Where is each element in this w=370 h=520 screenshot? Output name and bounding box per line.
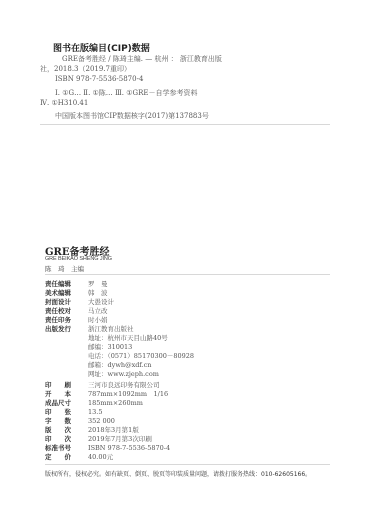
spec-value: ISBN 978-7-5536-5870-4 <box>88 444 170 453</box>
credit-value: 马立改 <box>88 307 108 316</box>
spec-label: 印 次 <box>45 435 88 444</box>
spec-row: 定 价40.00元 <box>45 453 113 462</box>
spec-value: 185mm×260mm <box>88 399 143 408</box>
spec-value: 2018年3月第1版 <box>88 426 139 435</box>
cip-line: Ⅰ. ①G… Ⅱ. ①陈… Ⅲ. ①GRE－自学参考资料 <box>55 88 197 98</box>
copyright-notice: 版权所有，侵权必究。如有缺页、倒页、脱页等印装质量问题，请拨打服务热线：010-… <box>45 469 311 478</box>
spec-row: 印 张13.5 <box>45 408 102 417</box>
spec-value: 352 000 <box>88 417 115 426</box>
cip-number: 中国版本图书馆CIP数据核字(2017)第137883号 <box>55 111 209 121</box>
credit-value: 时小娟 <box>88 316 108 325</box>
credit-label: 封面设计 <box>45 298 88 307</box>
spec-row: 印 刷三河市良远印务有限公司 <box>45 381 160 390</box>
credit-label: 出版发行 <box>45 325 88 334</box>
credit-row: 责任校对马立改 <box>45 307 108 316</box>
credit-value: 罗 曼 <box>88 280 108 289</box>
credit-label: 责任校对 <box>45 307 88 316</box>
credit-value: 大愚设计 <box>88 298 114 307</box>
spec-label: 开 本 <box>45 390 88 399</box>
spec-label: 定 价 <box>45 453 88 462</box>
spec-label: 成品尺寸 <box>45 399 88 408</box>
book-pinyin: GRE BEIKAO SHENG JING <box>45 256 112 262</box>
cip-line: ISBN 978-7-5536-5870-4 <box>55 74 143 84</box>
spec-label: 字 数 <box>45 417 88 426</box>
spec-row: 开 本787mm×1092mm 1/16 <box>45 390 168 399</box>
publisher-postcode: 邮编：310013 <box>88 343 132 352</box>
cip-title: 图书在版编目(CIP)数据 <box>53 41 150 54</box>
spec-row: 版 次2018年3月第1版 <box>45 426 139 435</box>
divider <box>45 464 330 465</box>
credit-value: 浙江教育出版社 <box>88 325 134 334</box>
book-editor: 陈 琦 主编 <box>45 264 84 273</box>
credit-row: 封面设计大愚设计 <box>45 298 114 307</box>
cip-line: GRE备考胜经 / 陈琦主编. — 杭州 ： 浙江教育出版 <box>62 54 222 64</box>
credit-label: 责任编辑 <box>45 280 88 289</box>
spec-label: 标准书号 <box>45 444 88 453</box>
credit-row: 美术编辑韩 波 <box>45 289 108 298</box>
spec-label: 版 次 <box>45 426 88 435</box>
credit-label: 美术编辑 <box>45 289 88 298</box>
spec-row: 字 数352 000 <box>45 417 115 426</box>
divider <box>40 124 330 125</box>
publisher-phone: 电话：（0571）85170300－80928 <box>88 352 194 361</box>
publisher-email: 邮箱：dywh@xdf.cn <box>88 361 151 370</box>
spec-row: 标准书号ISBN 978-7-5536-5870-4 <box>45 444 170 453</box>
credit-value: 韩 波 <box>88 289 108 298</box>
spec-row: 成品尺寸185mm×260mm <box>45 399 143 408</box>
credit-label: 责任印务 <box>45 316 88 325</box>
credit-row: 出版发行浙江教育出版社 <box>45 325 134 334</box>
cip-line: Ⅳ. ①H310.41 <box>40 98 88 108</box>
cip-line: 社，2018.3（2019.7重印） <box>40 64 131 74</box>
spec-row: 印 次2019年7月第3次印刷 <box>45 435 152 444</box>
credit-row: 责任印务时小娟 <box>45 316 108 325</box>
spec-value: 三河市良远印务有限公司 <box>88 381 160 390</box>
spec-value: 13.5 <box>88 408 102 417</box>
divider <box>45 274 330 275</box>
spec-label: 印 张 <box>45 408 88 417</box>
spec-label: 印 刷 <box>45 381 88 390</box>
spec-value: 787mm×1092mm 1/16 <box>88 390 168 399</box>
publisher-address: 地址：杭州市天目山路40号 <box>88 334 168 343</box>
publisher-website: 网址：www.zjeph.com <box>88 370 159 379</box>
credit-row: 责任编辑罗 曼 <box>45 280 108 289</box>
spec-value: 2019年7月第3次印刷 <box>88 435 152 444</box>
spec-value: 40.00元 <box>88 453 113 462</box>
